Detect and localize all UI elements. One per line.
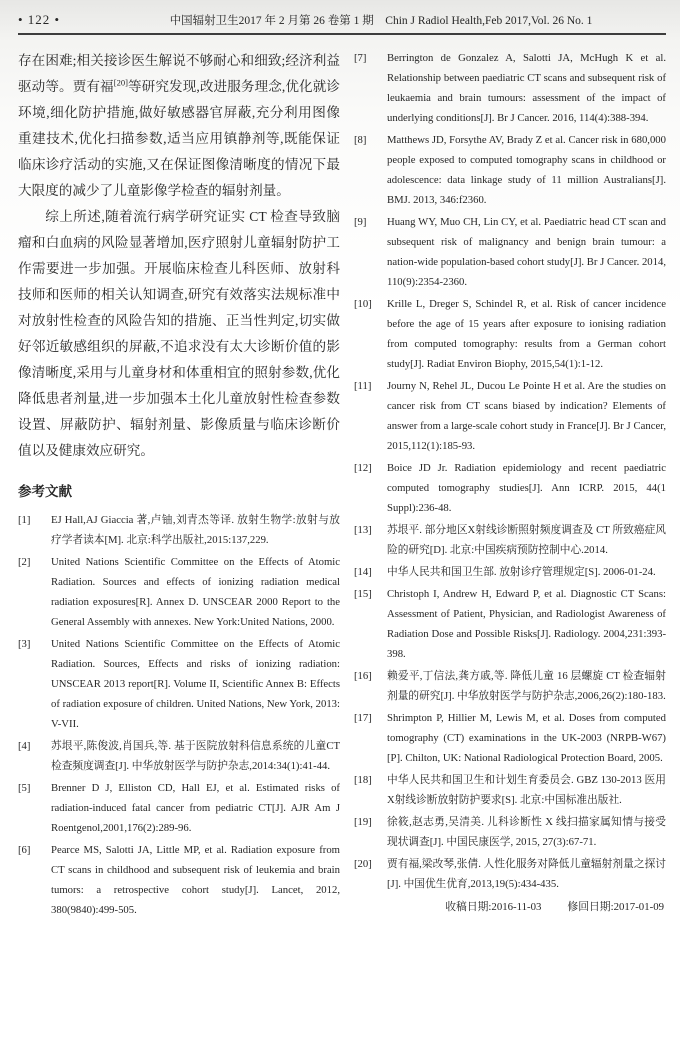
citation-superscript-20: [20] bbox=[114, 77, 128, 87]
reference-text: Brenner D J, Elliston CD, Hall EJ, et al… bbox=[51, 782, 340, 834]
reference-number: [20] bbox=[354, 854, 372, 874]
reference-text: Krille L, Dreger S, Schindel R, et al. R… bbox=[387, 298, 666, 370]
reference-item-10: [10] Krille L, Dreger S, Schindel R, et … bbox=[354, 294, 666, 374]
reference-text: Berrington de Gonzalez A, Salotti JA, Mc… bbox=[387, 52, 666, 124]
received-date: 收稿日期:2016-11-03 bbox=[445, 897, 541, 917]
reference-text: Matthews JD, Forsythe AV, Brady Z et al.… bbox=[387, 134, 666, 206]
reference-number: [11] bbox=[354, 376, 371, 396]
reference-item-9: [9] Huang WY, Muo CH, Lin CY, et al. Pae… bbox=[354, 212, 666, 292]
reference-item-16: [16] 赖爱平,丁信法,龚方戚,等. 降低儿童 16 层螺旋 CT 检查辐射剂… bbox=[354, 666, 666, 706]
reference-item-19: [19] 徐筱,赵志勇,吴清美. 儿科诊断性 X 线扫描家属知情与接受现状调查[… bbox=[354, 812, 666, 852]
left-column: 存在困难;相关接诊医生解说不够耐心和细致;经济利益驱动等。贾有福[20]等研究发… bbox=[18, 48, 340, 922]
reference-number: [16] bbox=[354, 666, 372, 686]
reference-number: [17] bbox=[354, 708, 372, 728]
article-body: 存在困难;相关接诊医生解说不够耐心和细致;经济利益驱动等。贾有福[20]等研究发… bbox=[18, 48, 340, 464]
reference-text: 苏垠平. 部分地区X射线诊断照射频度调查及 CT 所致癌症风险的研究[D]. 北… bbox=[387, 524, 666, 556]
reference-item-18: [18] 中华人民共和国卫生和计划生育委员会. GBZ 130-2013 医用X… bbox=[354, 770, 666, 810]
revised-date: 修回日期:2017-01-09 bbox=[567, 897, 664, 917]
reference-item-6: [6] Pearce MS, Salotti JA, Little MP, et… bbox=[18, 840, 340, 920]
reference-number: [14] bbox=[354, 562, 372, 582]
reference-number: [6] bbox=[18, 840, 30, 860]
reference-number: [8] bbox=[354, 130, 366, 150]
reference-item-14: [14] 中华人民共和国卫生部. 放射诊疗管理规定[S]. 2006-01-24… bbox=[354, 562, 666, 582]
paragraph-1-continuation: 等研究发现,改进服务理念,优化就诊环境,细化防护措施,做好敏感器官屏蔽,充分利用… bbox=[18, 79, 340, 198]
reference-number: [9] bbox=[354, 212, 366, 232]
reference-text: Boice JD Jr. Radiation epidemiology and … bbox=[387, 462, 666, 514]
reference-text: EJ Hall,AJ Giaccia 著,卢铀,刘青杰等译. 放射生物学:放射与… bbox=[51, 514, 340, 546]
body-paragraph-1: 存在困难;相关接诊医生解说不够耐心和细致;经济利益驱动等。贾有福[20]等研究发… bbox=[18, 48, 340, 204]
reference-item-13: [13] 苏垠平. 部分地区X射线诊断照射频度调查及 CT 所致癌症风险的研究[… bbox=[354, 520, 666, 560]
page-number: • 122 • bbox=[18, 12, 60, 28]
reference-item-17: [17] Shrimpton P, Hillier M, Lewis M, et… bbox=[354, 708, 666, 768]
references-heading: 参考文献 bbox=[18, 480, 340, 500]
reference-number: [10] bbox=[354, 294, 372, 314]
reference-item-4: [4] 苏垠平,陈俊波,肖国兵,等. 基于医院放射科信息系统的儿童CT检查频度调… bbox=[18, 736, 340, 776]
reference-text: Christoph I, Andrew H, Edward P, et al. … bbox=[387, 588, 666, 660]
reference-item-3: [3] United Nations Scientific Committee … bbox=[18, 634, 340, 734]
right-column: [7] Berrington de Gonzalez A, Salotti JA… bbox=[354, 48, 666, 922]
reference-text: 徐筱,赵志勇,吴清美. 儿科诊断性 X 线扫描家属知情与接受现状调查[J]. 中… bbox=[387, 816, 666, 848]
reference-number: [13] bbox=[354, 520, 372, 540]
reference-text: 贾有福,梁改琴,张倩. 人性化服务对降低儿童辐射剂量之探讨[J]. 中国优生优育… bbox=[387, 858, 666, 890]
reference-number: [3] bbox=[18, 634, 30, 654]
manuscript-dates: 收稿日期:2016-11-03 修回日期:2017-01-09 bbox=[354, 897, 666, 917]
reference-number: [2] bbox=[18, 552, 30, 572]
reference-text: United Nations Scientific Committee on t… bbox=[51, 638, 340, 730]
reference-text: Shrimpton P, Hillier M, Lewis M, et al. … bbox=[387, 712, 666, 764]
reference-item-8: [8] Matthews JD, Forsythe AV, Brady Z et… bbox=[354, 130, 666, 210]
reference-number: [7] bbox=[354, 48, 366, 68]
body-paragraph-2: 综上所述,随着流行病学研究证实 CT 检查导致脑瘤和白血病的风险显著增加,医疗照… bbox=[18, 204, 340, 464]
reference-item-12: [12] Boice JD Jr. Radiation epidemiology… bbox=[354, 458, 666, 518]
reference-item-20: [20] 贾有福,梁改琴,张倩. 人性化服务对降低儿童辐射剂量之探讨[J]. 中… bbox=[354, 854, 666, 894]
reference-item-1: [1] EJ Hall,AJ Giaccia 著,卢铀,刘青杰等译. 放射生物学… bbox=[18, 510, 340, 550]
reference-number: [15] bbox=[354, 584, 372, 604]
reference-number: [19] bbox=[354, 812, 372, 832]
journal-header-line: 中国辐射卫生2017 年 2 月第 26 卷第 1 期 Chin J Radio… bbox=[60, 12, 666, 28]
reference-number: [4] bbox=[18, 736, 30, 756]
reference-item-5: [5] Brenner D J, Elliston CD, Hall EJ, e… bbox=[18, 778, 340, 838]
reference-number: [1] bbox=[18, 510, 30, 530]
journal-page: • 122 • 中国辐射卫生2017 年 2 月第 26 卷第 1 期 Chin… bbox=[0, 0, 680, 1047]
reference-text: United Nations Scientific Committee on t… bbox=[51, 556, 340, 628]
reference-item-7: [7] Berrington de Gonzalez A, Salotti JA… bbox=[354, 48, 666, 128]
reference-text: 中华人民共和国卫生部. 放射诊疗管理规定[S]. 2006-01-24. bbox=[387, 566, 656, 578]
reference-text: 赖爱平,丁信法,龚方戚,等. 降低儿童 16 层螺旋 CT 检查辐射剂量的研究[… bbox=[387, 670, 666, 702]
reference-number: [5] bbox=[18, 778, 30, 798]
page-header: • 122 • 中国辐射卫生2017 年 2 月第 26 卷第 1 期 Chin… bbox=[18, 12, 666, 35]
reference-text: Pearce MS, Salotti JA, Little MP, et al.… bbox=[51, 844, 340, 916]
reference-item-11: [11] Journy N, Rehel JL, Ducou Le Pointe… bbox=[354, 376, 666, 456]
reference-item-2: [2] United Nations Scientific Committee … bbox=[18, 552, 340, 632]
reference-text: Journy N, Rehel JL, Ducou Le Pointe H et… bbox=[387, 380, 666, 452]
reference-text: 苏垠平,陈俊波,肖国兵,等. 基于医院放射科信息系统的儿童CT检查频度调查[J]… bbox=[51, 740, 340, 772]
two-column-layout: 存在困难;相关接诊医生解说不够耐心和细致;经济利益驱动等。贾有福[20]等研究发… bbox=[18, 48, 666, 922]
reference-number: [18] bbox=[354, 770, 372, 790]
reference-item-15: [15] Christoph I, Andrew H, Edward P, et… bbox=[354, 584, 666, 664]
reference-number: [12] bbox=[354, 458, 372, 478]
reference-text: Huang WY, Muo CH, Lin CY, et al. Paediat… bbox=[387, 216, 666, 288]
reference-text: 中华人民共和国卫生和计划生育委员会. GBZ 130-2013 医用X射线诊断放… bbox=[387, 774, 666, 806]
